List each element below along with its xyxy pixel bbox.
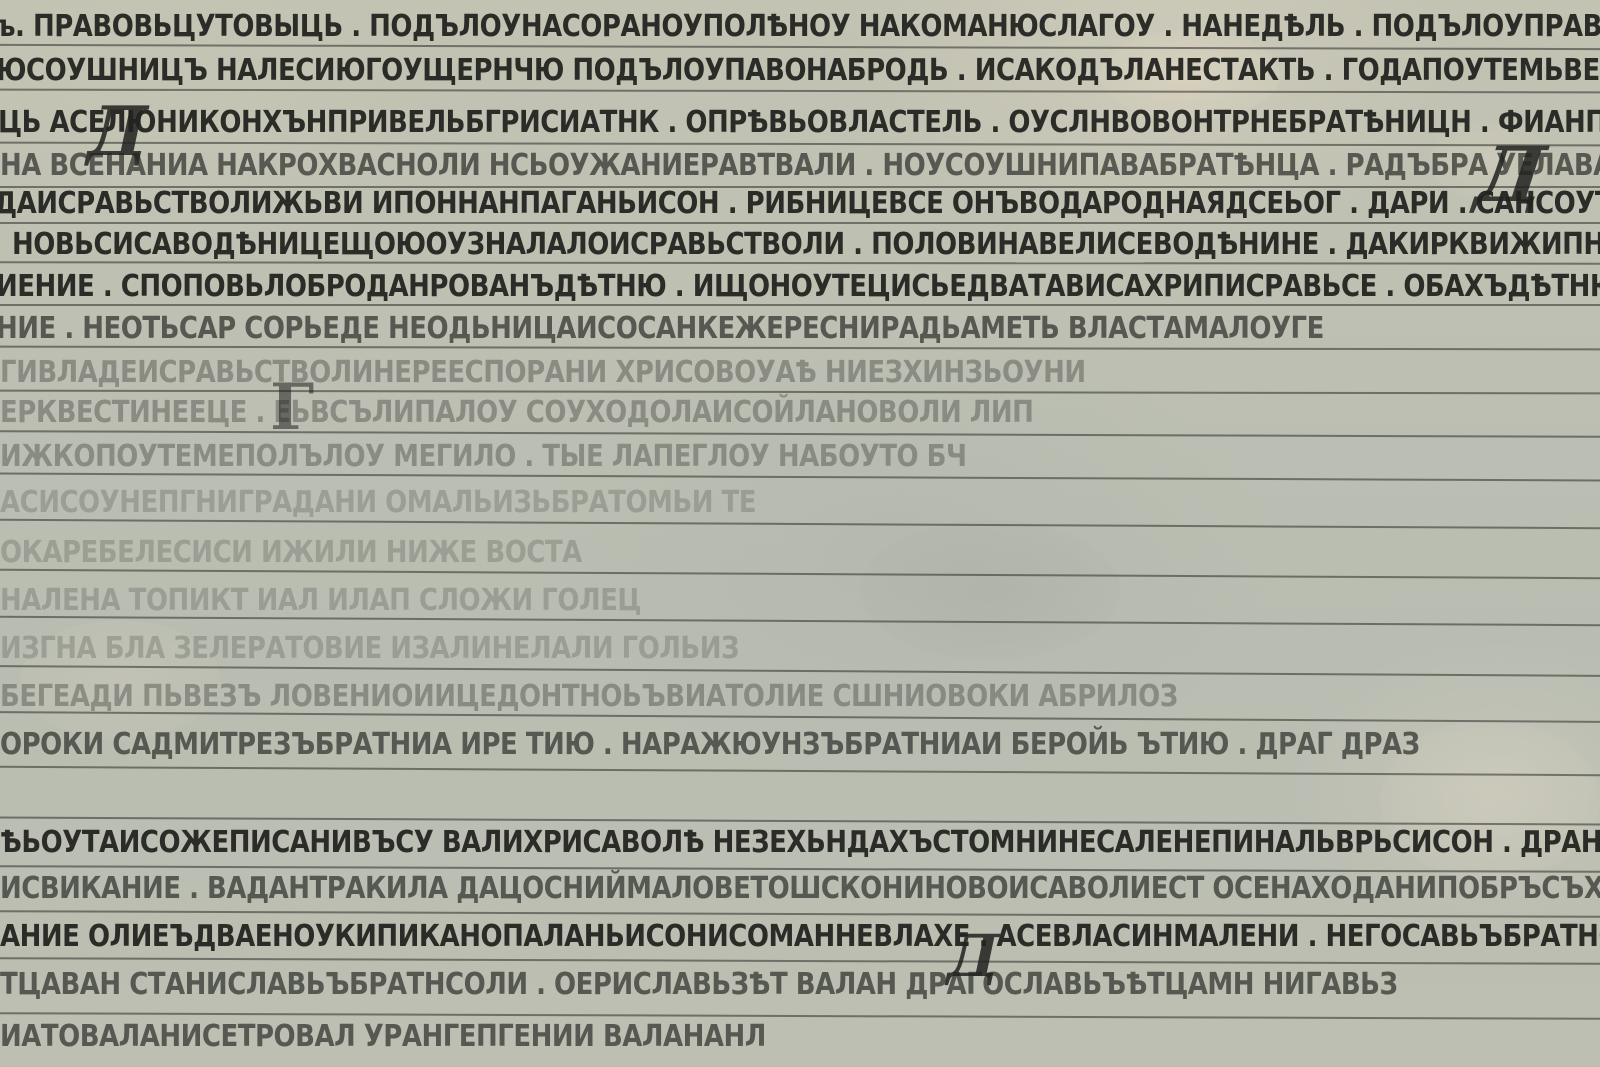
ruled-line [0, 766, 1600, 776]
ruled-line [0, 519, 1600, 529]
manuscript-line: ЕРКВЕСТИНЕЕЦЕ . ЕЬВСЪЛИПАЛОУ СОУХОДОЛАИС… [0, 396, 1600, 431]
manuscript-line: ОРОКИ САДМИТРЕЗЪБРАТНИА ИРЕ ТИЮ . НАРАЖЮ… [0, 728, 1600, 763]
manuscript-line: ЦЬ АСЕЛЮНИКОНХЪНПРИВЕЛЬБГРИСИАТНК . ОПРѢ… [0, 106, 1600, 141]
manuscript-line: ИЕНИЕ . СПОПОВЬЛОБРОДАНРОВАНЪДѢТНЮ . ИЩО… [0, 270, 1600, 305]
manuscript-line: ТЦАВАН СТАНИСЛАВЬЪБРАТНСОЛИ . ОЕРИСЛАВЬЗ… [0, 968, 1600, 1003]
ruled-line [0, 222, 1600, 224]
manuscript-line: НА ВСЕНАНИА НАКРОХВАСНОЛИ НСЬОУЖАНИЕРАВТ… [0, 149, 1600, 184]
ruled-line [0, 569, 1600, 579]
manuscript-line: НАЛЕНА ТОПИКТ ИАЛ ИЛАП СЛОЖИ ГОЛЕЦ [0, 584, 1600, 619]
ruled-line [0, 817, 1600, 826]
manuscript-line: НОВЬСИСАВОДѢНИЦЕЩОЮОУЗНАЛАЛОИСРАВЬСТВОЛИ… [12, 228, 1600, 263]
ruled-line [0, 665, 1600, 677]
ruled-line [0, 346, 1600, 351]
manuscript-line: АНИЕ ОЛИЕЪДВАЕНОУКИПИКАНОПАЛАНЬИСОНИСОМА… [0, 920, 1600, 955]
ruled-line [0, 430, 1600, 438]
manuscript-line: АСИСОУНЕПГНИГРАДАНИ ОМАЛЬИЗЬБРАТОМЬИ ТЕ [0, 486, 1600, 521]
manuscript-line: ИЖКОПОУТЕМЕПОЛЪЛОУ МЕГИЛО . ТЫЕ ЛАПЕГЛОУ… [0, 440, 1600, 475]
ruled-line [0, 142, 1600, 147]
manuscript-line: ЮСОУШНИЦЪ НАЛЕСИЮГОУЩЕРНЧЮ ПОДЪЛОУПАВОНА… [0, 54, 1600, 89]
manuscript-line: ОКАРЕБЕЛЕСИСИ ИЖИЛИ НИЖЕ ВОСТА [0, 536, 1600, 571]
manuscript-line: ИАТОВАЛАНИСЕТРОВАЛ УРАНГЕПГЕНИИ ВАЛАНАНЛ [0, 1020, 1600, 1055]
manuscript-line: НИЕ . НЕОТЬСАР СОРЬЕДЕ НЕОДЬНИЦАИСОСАНКЕ… [0, 312, 1600, 347]
ruled-line [0, 957, 1600, 965]
ruled-line [0, 390, 1600, 395]
manuscript-line: ИЗГНА БЛА ЗЕЛЕРАТОВИЕ ИЗАЛИНЕЛАЛИ ГОЛЬИЗ [0, 632, 1600, 667]
manuscript-line: ѢЬОУТАИСОЖЕПИСАНИВЪСУ ВАЛИХРИСАВОЛѢ НЕЗЕ… [0, 826, 1600, 861]
manuscript-line: ГИВЛАДЕИСРАВЬСТВОЛИНЕРЕЕСПОРАНИ ХРИСОВОУ… [0, 356, 1600, 391]
manuscript-line: ъ. ПРАВОВЬЦУТОВЫЦЬ . ПОДЪЛОУНАСОРАНОУПОЛ… [0, 10, 1600, 45]
manuscript-line: ИСВИКАНИЕ . ВАДАНТРАКИЛА ДАЦОСНИЙМАЛОВЕТ… [0, 872, 1600, 907]
manuscript-line: ДАИСРАВЬСТВОЛИЖЬВИ ИПОННАНПАГАНЬИСОН . Р… [0, 187, 1600, 222]
ruled-line [0, 44, 1600, 50]
ruled-line [0, 910, 1600, 918]
manuscript-line: БЕГЕАДИ ПЬВЕЗЪ ЛОВЕНИОИИЦЕДОНТНОЬЪВИАТОЛ… [0, 680, 1600, 715]
ruled-line [0, 89, 1600, 94]
manuscript-page: ъ. ПРАВОВЬЦУТОВЫЦЬ . ПОДЪЛОУНАСОРАНОУПОЛ… [0, 0, 1600, 1067]
decorative-initial: Г [270, 370, 314, 445]
ruled-line [0, 304, 1600, 306]
